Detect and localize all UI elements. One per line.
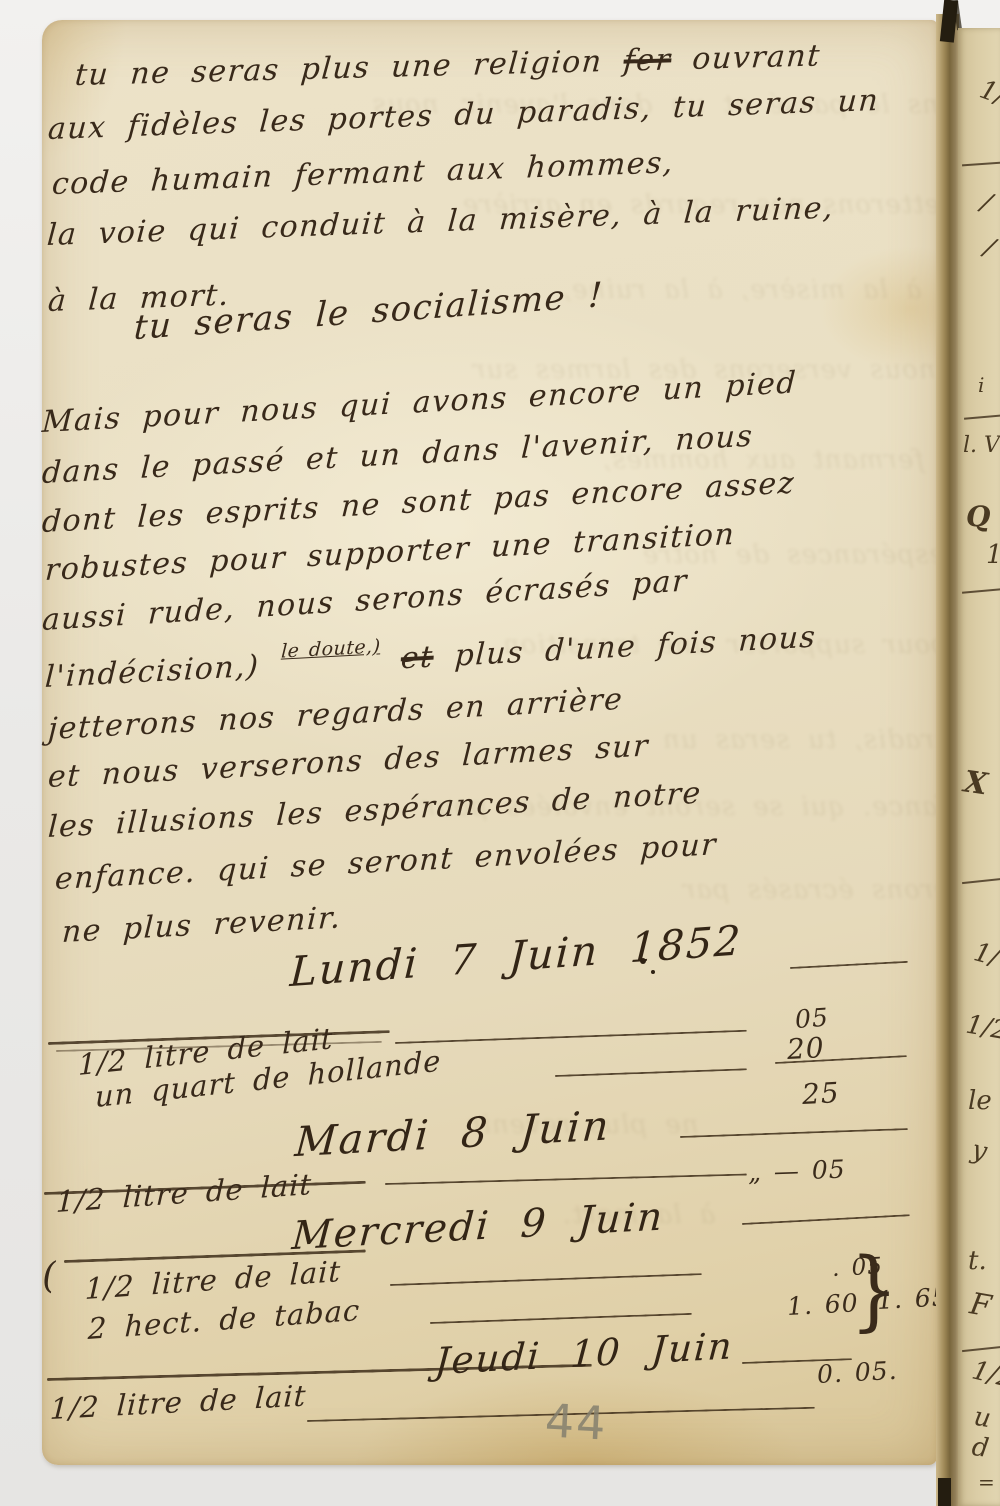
cutoff-text-fragment: Q <box>966 500 990 533</box>
cutoff-text-fragment: t. <box>968 1246 987 1276</box>
cutoff-x-mark: X <box>962 765 990 803</box>
cutoff-text-fragment: i <box>978 373 984 397</box>
ledger-dash <box>742 1214 910 1225</box>
cutoff-text-fragment: F <box>967 1286 994 1324</box>
struck-word: fer <box>622 42 672 78</box>
bleed-through-text: la voie qui conduit à la misère, à la ru… <box>562 275 1000 305</box>
handwritten-line: ne plus revenir. <box>61 900 342 950</box>
cutoff-text-fragment: u <box>972 1402 994 1434</box>
ledger-value: „ — 05 <box>747 1155 846 1187</box>
ledger-value: 0. 05. <box>816 1356 898 1389</box>
ledger-paren-mark: ( <box>41 1255 58 1297</box>
cutoff-text-fragment: 1 <box>986 540 1000 570</box>
line-text: plus d'une fois nous <box>454 620 818 674</box>
ledger-value: 25 <box>801 1076 840 1111</box>
ink-blot <box>640 958 646 964</box>
cutoff-text-fragment: 1/2 <box>964 1010 1000 1047</box>
cutoff-rule <box>962 588 1000 593</box>
cutoff-text-fragment: y <box>969 1135 990 1167</box>
line-text: ouvrant <box>691 38 822 76</box>
cutoff-rule <box>962 878 1000 884</box>
page-number: 44 <box>544 1393 609 1450</box>
cutoff-text-fragment: l. V <box>963 433 1000 458</box>
handwritten-line: la voie qui conduit à la misère, à la ru… <box>46 190 836 253</box>
ledger-day-header-tuesday: Mardi 8 Juin <box>293 1101 612 1166</box>
ledger-value: 1. 60 <box>786 1288 859 1321</box>
cutoff-text-fragment: 1/2 <box>969 1355 1000 1394</box>
manuscript-page: dans le passé et un dans l'avenir, nous … <box>42 20 937 1465</box>
ledger-dash <box>790 961 908 969</box>
scanned-manuscript: { "manuscript": { "para1": { "l1_pre": "… <box>0 0 1000 1506</box>
ledger-dash <box>390 1273 702 1286</box>
cutoff-text-fragment: d <box>970 1432 991 1464</box>
binding-thread-bottom <box>938 1478 951 1506</box>
ledger-value: 05 <box>794 1003 830 1034</box>
cutoff-rule <box>964 414 1000 419</box>
ledger-day-header-monday: Lundi 7 Juin 1852 <box>289 916 744 996</box>
ledger-dash <box>395 1030 747 1044</box>
handwritten-line: aux fidèles les portes du paradis, tu se… <box>47 83 881 147</box>
ledger-item-label: 1/2 litre de lait <box>55 1167 312 1219</box>
line-text: tu ne seras plus une religion <box>74 44 604 93</box>
adjacent-page: 1/ / / i l. V Q 1 X 1/ 1/2 le y t. F 1/2… <box>958 28 1000 1506</box>
cutoff-text-fragment: = <box>978 1470 995 1494</box>
ledger-dash <box>680 1128 908 1138</box>
cutoff-rule <box>962 1346 1000 1352</box>
cutoff-text-fragment: 1/ <box>976 75 1000 112</box>
handwritten-line: code humain fermant aux hommes, <box>51 145 675 202</box>
ledger-dash <box>430 1313 692 1324</box>
ledger-item-label: 1/2 litre de lait <box>49 1378 307 1426</box>
cutoff-text-fragment: / <box>978 187 996 218</box>
ledger-day-header-thursday: Jeudi 10 Juin <box>433 1324 735 1383</box>
cutoff-rule <box>962 162 1000 167</box>
interline-insertion: le doute,) <box>281 635 382 662</box>
line-text: l'indécision,) <box>44 649 260 695</box>
book-gutter <box>936 14 959 1506</box>
handwritten-line-with-insertion: l'indécision,) le doute,) et plus d'une … <box>44 620 817 696</box>
handwritten-line: tu ne seras plus une religion fer ouvran… <box>74 38 823 93</box>
cutoff-text-fragment: / <box>981 232 999 263</box>
ledger-dash <box>385 1174 747 1185</box>
cutoff-text-fragment: 1/ <box>971 937 1000 973</box>
ink-blot <box>651 970 655 974</box>
cutoff-text-fragment: le <box>968 1086 992 1116</box>
ledger-dash <box>555 1068 747 1077</box>
struck-word: et <box>400 640 435 677</box>
